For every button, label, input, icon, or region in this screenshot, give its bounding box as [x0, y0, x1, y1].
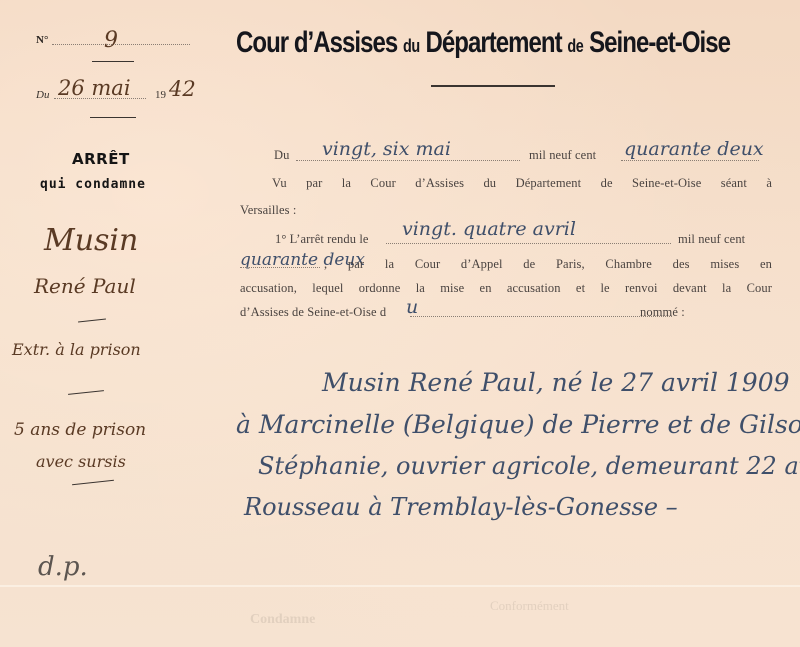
margin-surname: Musin	[44, 223, 138, 258]
title-part-de: de	[567, 36, 583, 56]
margin-sentence-line2: avec sursis	[36, 452, 126, 471]
title-part-departement: Département	[426, 26, 562, 59]
date-day-month: 26 mai	[58, 76, 131, 100]
margin-divider-1	[78, 319, 106, 323]
title-part-cour: Cour d’Assises	[236, 26, 397, 59]
body-arret-date-line	[386, 243, 671, 244]
left-divider	[90, 117, 136, 118]
date-label: Du	[36, 89, 49, 101]
body-nomme-line	[410, 316, 672, 317]
handwritten-line-1: Musin René Paul, né le 27 avril 1909	[322, 368, 790, 397]
date-year-handwritten: 42	[169, 77, 196, 101]
date-year-printed: 19	[155, 89, 166, 101]
body-nomme-label: nommé :	[640, 305, 685, 320]
margin-initials: d.p.	[38, 552, 88, 582]
body-line-assises-prefix: d’Assises de Seine-et-Oise d	[240, 305, 386, 320]
body-line-vu-par: Vu par la Cour d’Assises du Département …	[272, 176, 772, 191]
title-part-du: du	[403, 36, 420, 56]
handwritten-line-3: Stéphanie, ouvrier agricole, demeurant 2…	[258, 452, 800, 480]
number-field-line	[52, 44, 190, 45]
body-arret-rendu-label: 1° L’arrêt rendu le	[275, 232, 369, 247]
title-underline	[431, 85, 555, 87]
body-arret-hand-date: vingt. quatre avril	[402, 218, 576, 240]
margin-first-names: René Paul	[34, 274, 136, 298]
body-line-cour-appel: , par la Cour d’Appel de Paris, Chambre …	[324, 257, 772, 272]
paper-fold	[0, 585, 800, 587]
show-through-condamne: Condamne	[250, 612, 315, 628]
body-hand-du: u	[406, 296, 418, 318]
body-arret-mil-neuf-cent: mil neuf cent	[678, 232, 745, 247]
handwritten-line-4: Rousseau à Tremblay-lès-Gonesse –	[244, 493, 678, 521]
handwritten-line-2: à Marcinelle (Belgique) de Pierre et de …	[236, 410, 800, 439]
heading-qui-condamne: qui condamne	[40, 177, 146, 192]
margin-note-extraction: Extr. à la prison	[12, 340, 141, 359]
body-mil-neuf-cent: mil neuf cent	[529, 148, 596, 163]
heading-arret: ARRÊT	[72, 150, 130, 168]
number-label: N°	[36, 34, 48, 46]
body-du-label: Du	[274, 148, 289, 163]
title-part-seine-et-oise: Seine-et-Oise	[589, 26, 730, 59]
number-underline	[92, 61, 134, 62]
margin-divider-3	[72, 480, 114, 485]
body-date-line	[296, 160, 520, 161]
body-year-line	[621, 160, 759, 161]
margin-divider-2	[68, 390, 104, 395]
body-hand-date: vingt, six mai	[322, 138, 451, 160]
body-arret-year-line	[240, 267, 320, 268]
show-through-conformement: Conformément	[490, 598, 569, 614]
margin-sentence-line1: 5 ans de prison	[14, 420, 146, 440]
body-line-versailles: Versailles :	[240, 203, 296, 218]
body-hand-year: quarante deux	[624, 138, 764, 160]
body-line-accusation: accusation, lequel ordonne la mise en ac…	[240, 281, 772, 296]
document-title: Cour d’Assises du Département de Seine-e…	[236, 28, 730, 58]
number-value: 9	[104, 28, 118, 53]
